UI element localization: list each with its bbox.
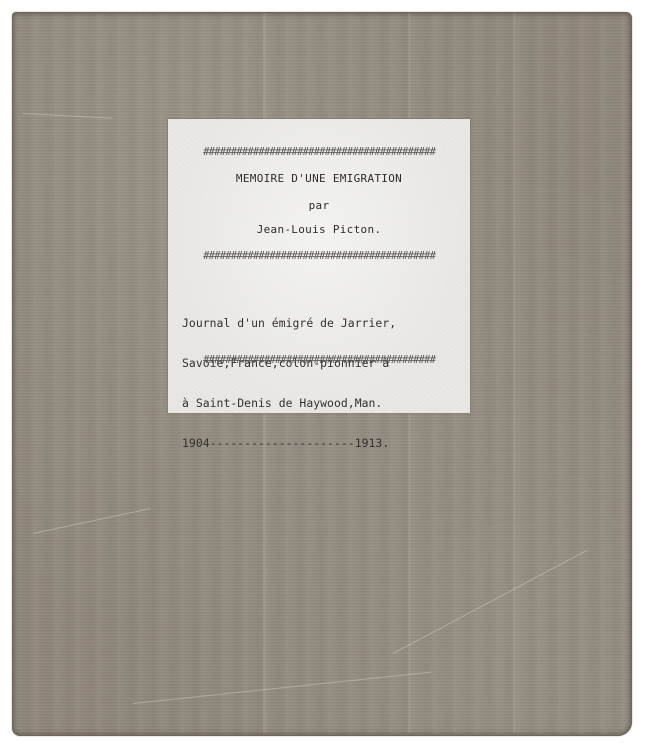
separator-bottom: ########################################… [168,353,470,366]
document-title: MEMOIRE D'UNE EMIGRATION [168,172,470,185]
description-line: 1904---------------------1913. [182,437,396,450]
description-line: Journal d'un émigré de Jarrier, [182,317,396,330]
author-name: Jean-Louis Picton. [168,223,470,236]
page: ########################################… [0,0,647,750]
cover-crease [133,672,431,704]
cover-crease [23,113,113,119]
by-line: par [168,199,470,212]
description: Journal d'un émigré de Jarrier, Savoie,F… [182,290,396,478]
pasted-label: ########################################… [168,119,470,413]
separator-middle: ########################################… [168,249,470,262]
cover-crease [393,550,588,654]
cover-texture [513,13,516,733]
description-line: à Saint-Denis de Haywood,Man. [182,397,396,410]
separator-top: ########################################… [168,145,470,158]
cover-crease [33,508,151,534]
